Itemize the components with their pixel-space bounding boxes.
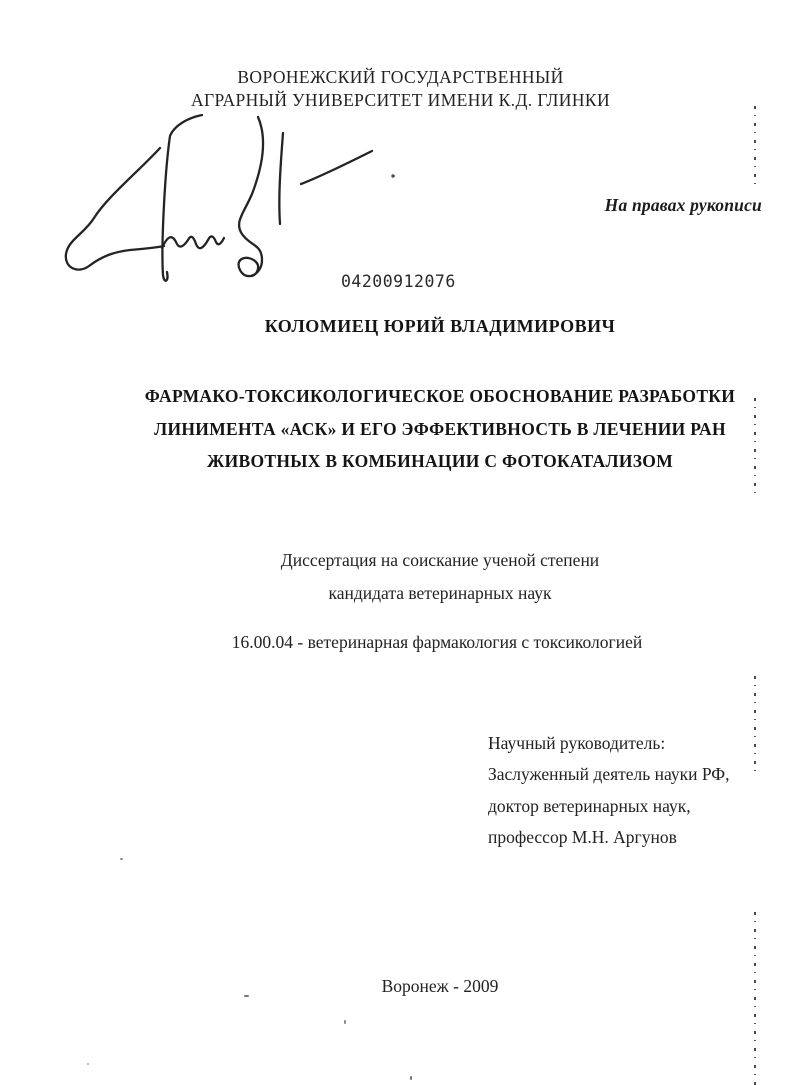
scan-artifact-dotted-line [754, 912, 756, 1085]
city-year: Воронеж - 2009 [88, 976, 792, 997]
dissertation-title-page: ВОРОНЕЖСКИЙ ГОСУДАРСТВЕННЫЙ АГРАРНЫЙ УНИ… [0, 0, 793, 1085]
scan-artifact-speck [120, 858, 123, 860]
title-line-2: ЛИНИМЕНТА «АСК» И ЕГО ЭФФЕКТИВНОСТЬ В ЛЕ… [88, 413, 792, 446]
scan-artifact-speck [87, 1063, 89, 1065]
specialty-code: 16.00.04 - ветеринарная фармакология с т… [92, 632, 782, 653]
registration-number: 04200912076 [341, 272, 456, 291]
title-line-1: ФАРМАКО-ТОКСИКОЛОГИЧЕСКОЕ ОБОСНОВАНИЕ РА… [88, 380, 792, 413]
supervisor-line-2: доктор ветеринарных наук, [488, 791, 730, 822]
degree-line-1: Диссертация на соискание ученой степени [88, 544, 792, 577]
university-name-line1: ВОРОНЕЖСКИЙ ГОСУДАРСТВЕННЫЙ [4, 66, 793, 89]
author-name: КОЛОМИЕЦ ЮРИЙ ВЛАДИМИРОВИЧ [88, 316, 792, 337]
manuscript-rights-note: На правах рукописи [605, 195, 762, 216]
supervisor-block: Научный руководитель: Заслуженный деятел… [488, 728, 730, 853]
supervisor-label: Научный руководитель: [488, 728, 730, 759]
dissertation-title: ФАРМАКО-ТОКСИКОЛОГИЧЕСКОЕ ОБОСНОВАНИЕ РА… [88, 380, 792, 478]
university-header: ВОРОНЕЖСКИЙ ГОСУДАРСТВЕННЫЙ АГРАРНЫЙ УНИ… [4, 66, 793, 112]
scan-artifact-speck [392, 175, 395, 177]
title-line-3: ЖИВОТНЫХ В КОМБИНАЦИИ С ФОТОКАТАЛИЗОМ [88, 445, 792, 478]
supervisor-line-1: Заслуженный деятель науки РФ, [488, 759, 730, 790]
university-name-line2: АГРАРНЫЙ УНИВЕРСИТЕТ ИМЕНИ К.Д. ГЛИНКИ [4, 89, 793, 112]
scan-artifact-speck [344, 1020, 346, 1024]
supervisor-line-3: профессор М.Н. Аргунов [488, 822, 730, 853]
scan-artifact-dotted-line [754, 398, 756, 495]
scan-artifact-speck [244, 995, 249, 997]
scan-artifact-speck [410, 1076, 412, 1080]
degree-statement: Диссертация на соискание ученой степени … [88, 544, 792, 610]
degree-line-2: кандидата ветеринарных наук [88, 577, 792, 610]
scan-artifact-dotted-line [754, 676, 756, 778]
scan-artifact-dotted-line [754, 106, 756, 190]
